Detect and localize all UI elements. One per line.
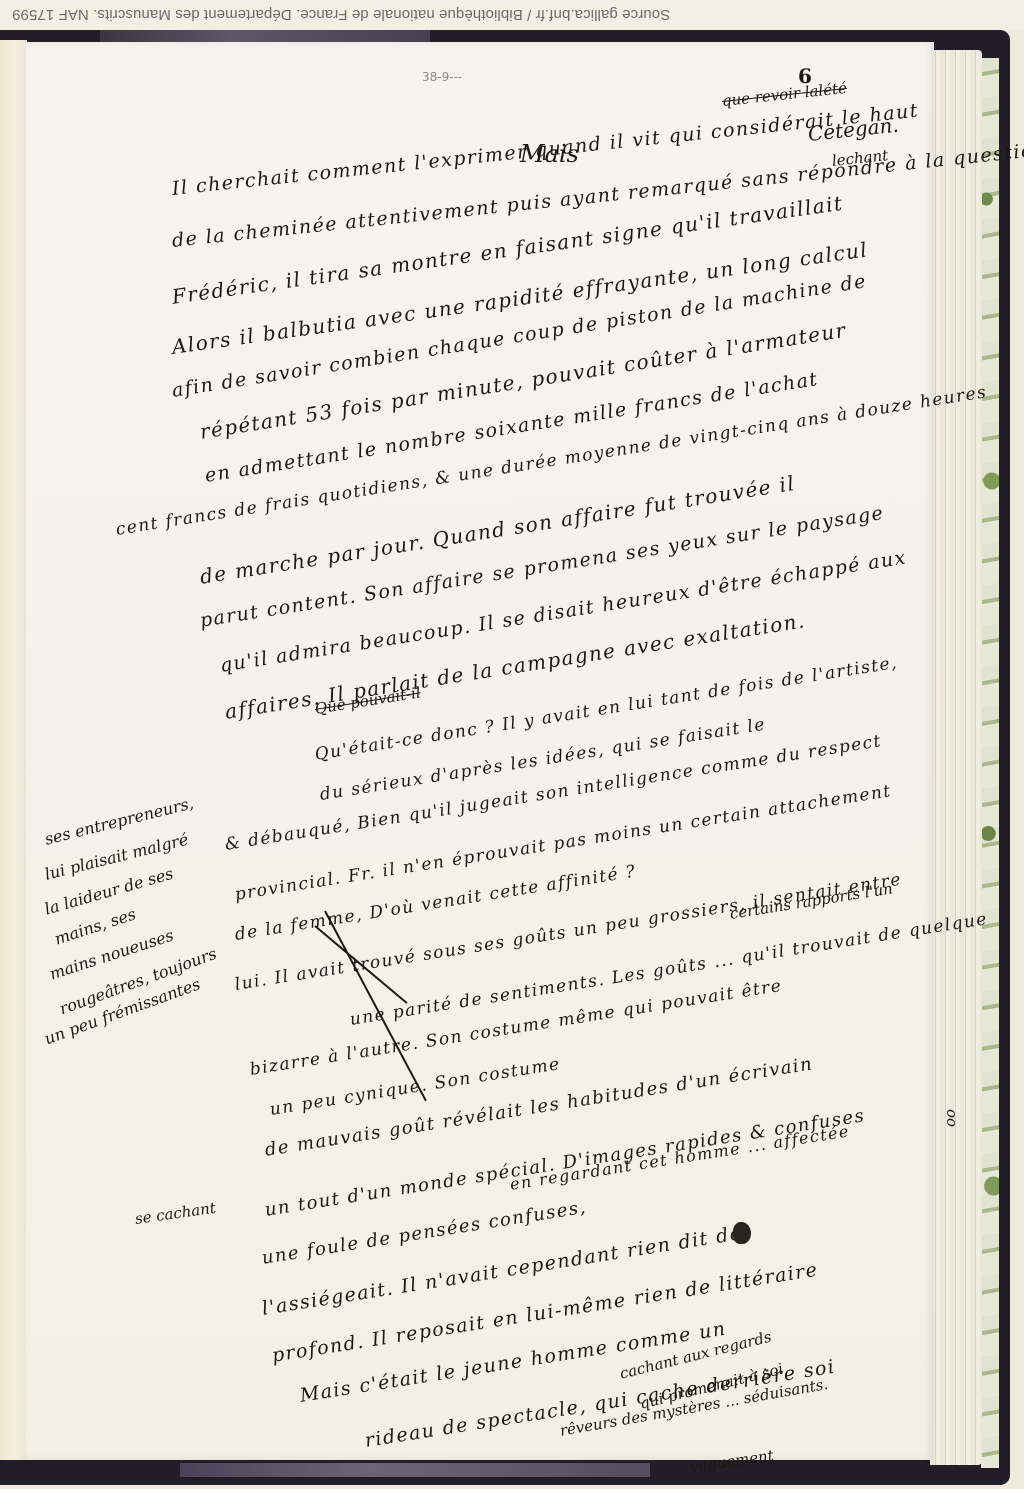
page-edges <box>930 50 982 1465</box>
binding-bottom-band <box>180 1463 650 1477</box>
marbled-endpaper <box>981 58 999 1468</box>
page-gutter <box>0 40 27 1460</box>
right-edge-mark: oo <box>943 1109 961 1127</box>
source-credit: Source gallica.bnf.fr / Bibliothèque nat… <box>0 0 1024 30</box>
ink-blot <box>733 1222 751 1244</box>
folio-pencil-mark: 38-9--- <box>422 70 462 84</box>
source-credit-text: Source gallica.bnf.fr / Bibliothèque nat… <box>12 7 670 24</box>
